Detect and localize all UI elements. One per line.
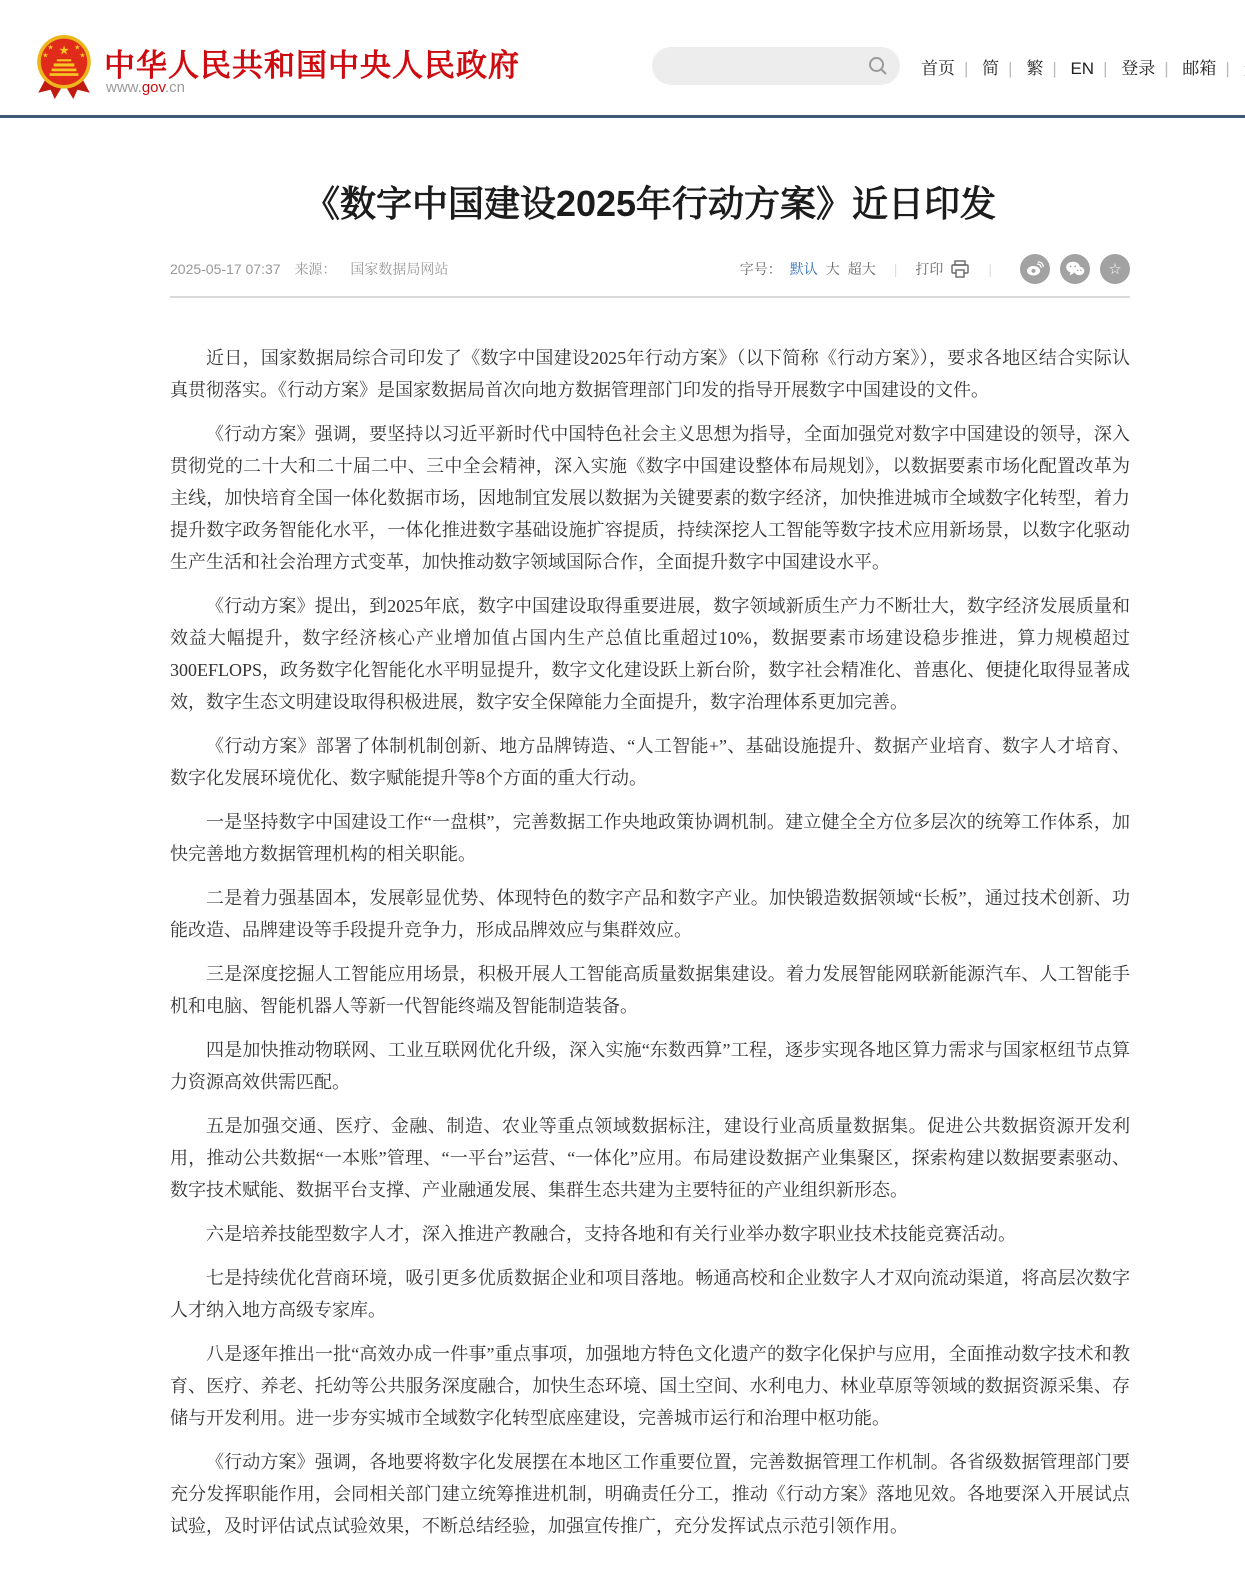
- page-title: 《数字中国建设2025年行动方案》近日印发: [170, 180, 1130, 228]
- font-size-xlarge[interactable]: 超大: [848, 259, 876, 279]
- site-url-suffix: .cn: [165, 79, 185, 96]
- nav-separator: [1052, 59, 1056, 78]
- font-size-label: 字号：: [740, 259, 782, 279]
- article-meta-left: 2025-05-17 07:37 来源： 国家数据局网站: [170, 259, 458, 279]
- svg-text:★: ★: [79, 51, 85, 60]
- site-url: www.gov.cn: [106, 79, 185, 96]
- share-weibo-button[interactable]: [1020, 254, 1050, 284]
- site-url-prefix: www.: [106, 79, 142, 96]
- article-meta-right: 字号： 默认 大 超大 打印: [740, 254, 1130, 284]
- print-button[interactable]: 打印: [915, 259, 970, 279]
- article: 《数字中国建设2025年行动方案》近日印发 2025-05-17 07:37 来…: [170, 180, 1130, 1542]
- source-label: 来源：: [294, 261, 336, 277]
- print-label: 打印: [915, 259, 943, 279]
- font-size-default[interactable]: 默认: [790, 259, 818, 279]
- meta-separator: [988, 261, 992, 277]
- article-paragraph: 近日，国家数据局综合司印发了《数字中国建设2025年行动方案》（以下简称《行动方…: [170, 342, 1130, 406]
- search-box: [652, 47, 900, 85]
- article-paragraph: 二是着力强基固本，发展彰显优势、体现特色的数字产品和数字产业。加快锻造数据领域“…: [170, 882, 1130, 946]
- font-size-large[interactable]: 大: [826, 259, 840, 279]
- nav-login[interactable]: 登录: [1121, 59, 1155, 78]
- share-favorite-button[interactable]: ☆: [1100, 254, 1130, 284]
- article-paragraph: 《行动方案》提出，到2025年底，数字中国建设取得重要进展，数字领域新质生产力不…: [170, 590, 1130, 718]
- publish-datetime: 2025-05-17 07:37: [170, 261, 281, 277]
- search-input[interactable]: [652, 47, 867, 85]
- article-meta: 2025-05-17 07:37 来源： 国家数据局网站 字号： 默认 大 超大…: [170, 254, 1130, 284]
- nav-separator: [1164, 59, 1168, 78]
- source-value[interactable]: 国家数据局网站: [350, 261, 448, 277]
- site-logo[interactable]: ★ ★ ★ ★ ★: [36, 34, 92, 100]
- share-wechat-button[interactable]: [1060, 254, 1090, 284]
- search-button[interactable]: [867, 55, 901, 77]
- nav-separator: [1008, 59, 1012, 78]
- nav-traditional[interactable]: 繁: [1026, 59, 1043, 78]
- printer-icon: [950, 260, 970, 279]
- national-emblem-icon: ★ ★ ★ ★ ★: [36, 34, 92, 100]
- nav-separator: [1225, 59, 1229, 78]
- weibo-icon: [1026, 261, 1044, 277]
- nav-simplified[interactable]: 简: [982, 59, 999, 78]
- top-nav: 首页 简 繁 EN 登录 邮箱 无障碍: [921, 54, 1245, 79]
- search-icon: [867, 55, 889, 77]
- share-group: ☆: [1010, 254, 1130, 284]
- nav-english[interactable]: EN: [1070, 59, 1094, 78]
- nav-mail[interactable]: 邮箱: [1182, 59, 1216, 78]
- nav-separator: [964, 59, 968, 78]
- article-body: 近日，国家数据局综合司印发了《数字中国建设2025年行动方案》（以下简称《行动方…: [170, 342, 1130, 1542]
- article-paragraph: 《行动方案》部署了体制机制创新、地方品牌铸造、“人工智能+”、基础设施提升、数据…: [170, 730, 1130, 794]
- svg-text:★: ★: [42, 51, 48, 60]
- meta-separator: [894, 261, 898, 277]
- article-paragraph: 四是加快推动物联网、工业互联网优化升级，深入实施“东数西算”工程，逐步实现各地区…: [170, 1034, 1130, 1098]
- article-paragraph: 《行动方案》强调，要坚持以习近平新时代中国特色社会主义思想为指导，全面加强党对数…: [170, 418, 1130, 578]
- article-paragraph: 八是逐年推出一批“高效办成一件事”重点事项，加强地方特色文化遗产的数字化保护与应…: [170, 1338, 1130, 1434]
- article-paragraph: 三是深度挖掘人工智能应用场景，积极开展人工智能高质量数据集建设。着力发展智能网联…: [170, 958, 1130, 1022]
- article-paragraph: 六是培养技能型数字人才，深入推进产教融合，支持各地和有关行业举办数字职业技术技能…: [170, 1218, 1130, 1250]
- article-paragraph: 五是加强交通、医疗、金融、制造、农业等重点领域数据标注，建设行业高质量数据集。促…: [170, 1110, 1130, 1206]
- svg-text:★: ★: [58, 44, 69, 58]
- nav-home[interactable]: 首页: [921, 59, 955, 78]
- article-paragraph: 七是持续优化营商环境，吸引更多优质数据企业和项目落地。畅通高校和企业数字人才双向…: [170, 1262, 1130, 1326]
- article-paragraph: 《行动方案》强调，各地要将数字化发展摆在本地区工作重要位置，完善数据管理工作机制…: [170, 1446, 1130, 1542]
- favorite-star-icon: ☆: [1108, 262, 1121, 277]
- wechat-icon: [1065, 261, 1085, 277]
- site-header: ★ ★ ★ ★ ★ 中华人民共和国中央人民政府 www.gov.cn 首页 简 …: [0, 0, 1245, 118]
- nav-separator: [1103, 59, 1107, 78]
- meta-divider-line: [170, 296, 1130, 298]
- site-url-gov: gov: [142, 79, 165, 96]
- article-paragraph: 一是坚持数字中国建设工作“一盘棋”，完善数据工作央地政策协调机制。建立健全全方位…: [170, 806, 1130, 870]
